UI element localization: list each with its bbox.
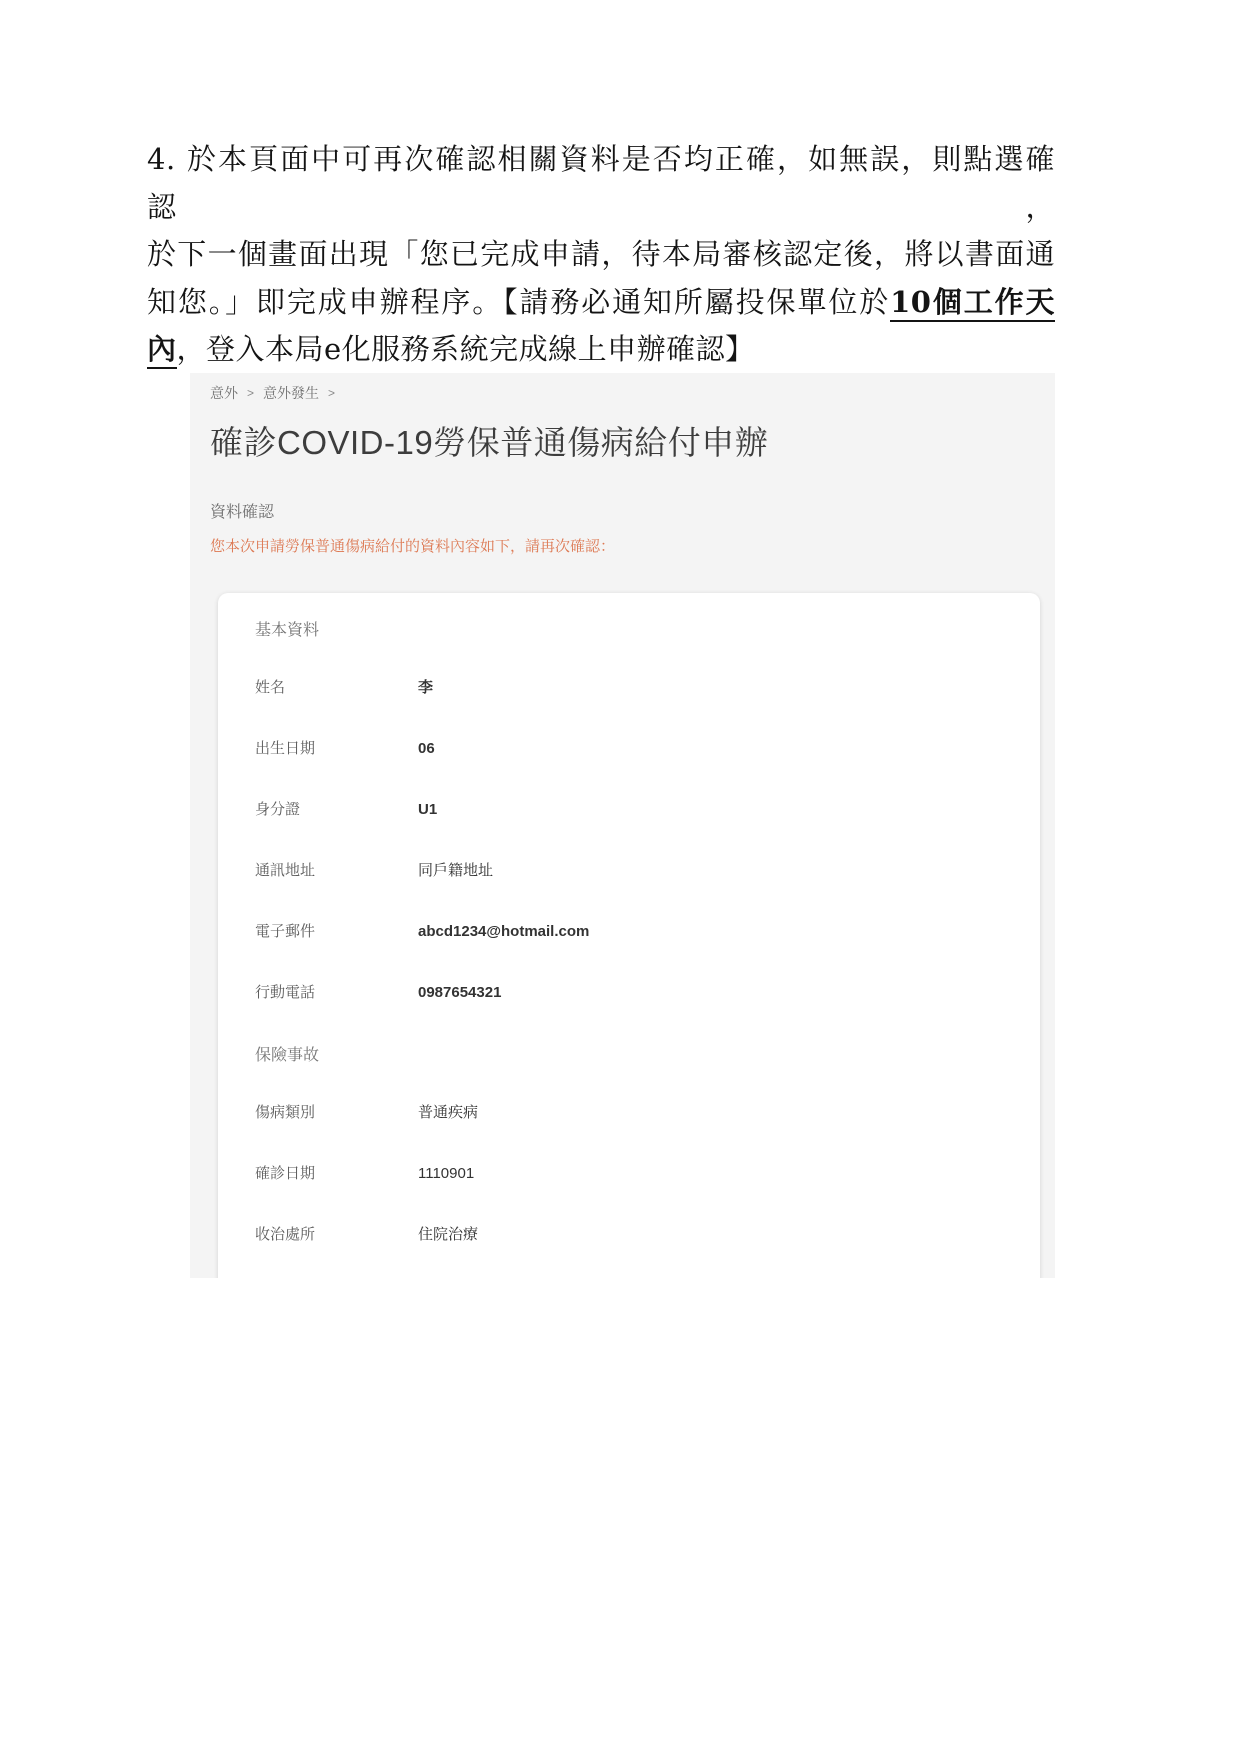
field-row-mailing-address: 通訊地址 同戶籍地址: [255, 859, 1003, 880]
confirm-notice: 您本次申請勞保普通傷病給付的資料內容如下，請再次確認：: [210, 535, 615, 556]
field-value: 06: [418, 740, 435, 757]
breadcrumb-separator: >: [247, 386, 254, 400]
group-title-basic-info: 基本資料: [255, 617, 1003, 640]
field-label: 收治處所: [255, 1223, 418, 1244]
field-label: 出生日期: [255, 737, 418, 758]
bold-underline-within: 內: [147, 332, 177, 369]
field-row-name: 姓名 李: [255, 676, 1003, 697]
instruction-line-2: 於下一個畫面出現「您已完成申請，待本局審核認定後，將以書面通: [147, 231, 1055, 279]
field-row-treatment-facility: 收治處所 住院治療: [255, 1223, 1003, 1244]
field-row-diagnosis-date: 確診日期 1110901: [255, 1162, 1003, 1183]
instruction-number: 4.: [147, 142, 176, 176]
field-label: 行動電話: [255, 981, 418, 1002]
instruction-line-1: 4. 於本頁面中可再次確認相關資料是否均正確，如無誤，則點選確認，: [147, 136, 1055, 231]
field-value: 住院治療: [418, 1223, 478, 1244]
group-title-insurance-incident: 保險事故: [255, 1042, 1003, 1065]
instruction-paragraph: 4. 於本頁面中可再次確認相關資料是否均正確，如無誤，則點選確認， 於下一個畫面…: [147, 136, 1055, 374]
field-label: 姓名: [255, 676, 418, 697]
field-value: U1: [418, 801, 437, 818]
instruction-line-3: 知您。」即完成申辦程序。【請務必通知所屬投保單位於10個工作天: [147, 279, 1055, 327]
bold-underline-10-working-days: 10個工作天: [890, 285, 1055, 322]
breadcrumb-item-accident-occurrence[interactable]: 意外發生: [263, 383, 319, 403]
step-label-data-confirm: 資料確認: [210, 499, 274, 522]
page-title: 確診COVID-19勞保普通傷病給付申辦: [210, 417, 768, 464]
screenshot-panel: 意外 > 意外發生 > 確診COVID-19勞保普通傷病給付申辦 資料確認 您本…: [190, 373, 1055, 1278]
field-value: 普通疾病: [418, 1101, 478, 1122]
field-row-birthdate: 出生日期 06: [255, 737, 1003, 758]
field-row-mobile-phone: 行動電話 0987654321: [255, 981, 1003, 1002]
field-value: abcd1234@hotmail.com: [418, 923, 589, 940]
breadcrumb-separator: >: [328, 386, 335, 400]
field-label: 電子郵件: [255, 920, 418, 941]
field-value: 1110901: [418, 1165, 474, 1182]
instruction-line-4: 內，登入本局e化服務系統完成線上申辦確認】: [147, 326, 1055, 374]
info-card: 基本資料 姓名 李 出生日期 06 身分證 U1 通訊地址 同戶籍地址 電子郵件…: [218, 593, 1040, 1278]
field-label: 通訊地址: [255, 859, 418, 880]
field-label: 身分證: [255, 798, 418, 819]
breadcrumb-item-accident[interactable]: 意外: [210, 383, 238, 403]
field-label: 確診日期: [255, 1162, 418, 1183]
field-row-injury-type: 傷病類別 普通疾病: [255, 1101, 1003, 1122]
field-value: 同戶籍地址: [418, 859, 493, 880]
field-row-email: 電子郵件 abcd1234@hotmail.com: [255, 920, 1003, 941]
field-row-national-id: 身分證 U1: [255, 798, 1003, 819]
breadcrumb: 意外 > 意外發生 >: [210, 383, 335, 403]
field-label: 傷病類別: [255, 1101, 418, 1122]
field-value: 0987654321: [418, 984, 501, 1001]
field-value: 李: [418, 676, 433, 697]
